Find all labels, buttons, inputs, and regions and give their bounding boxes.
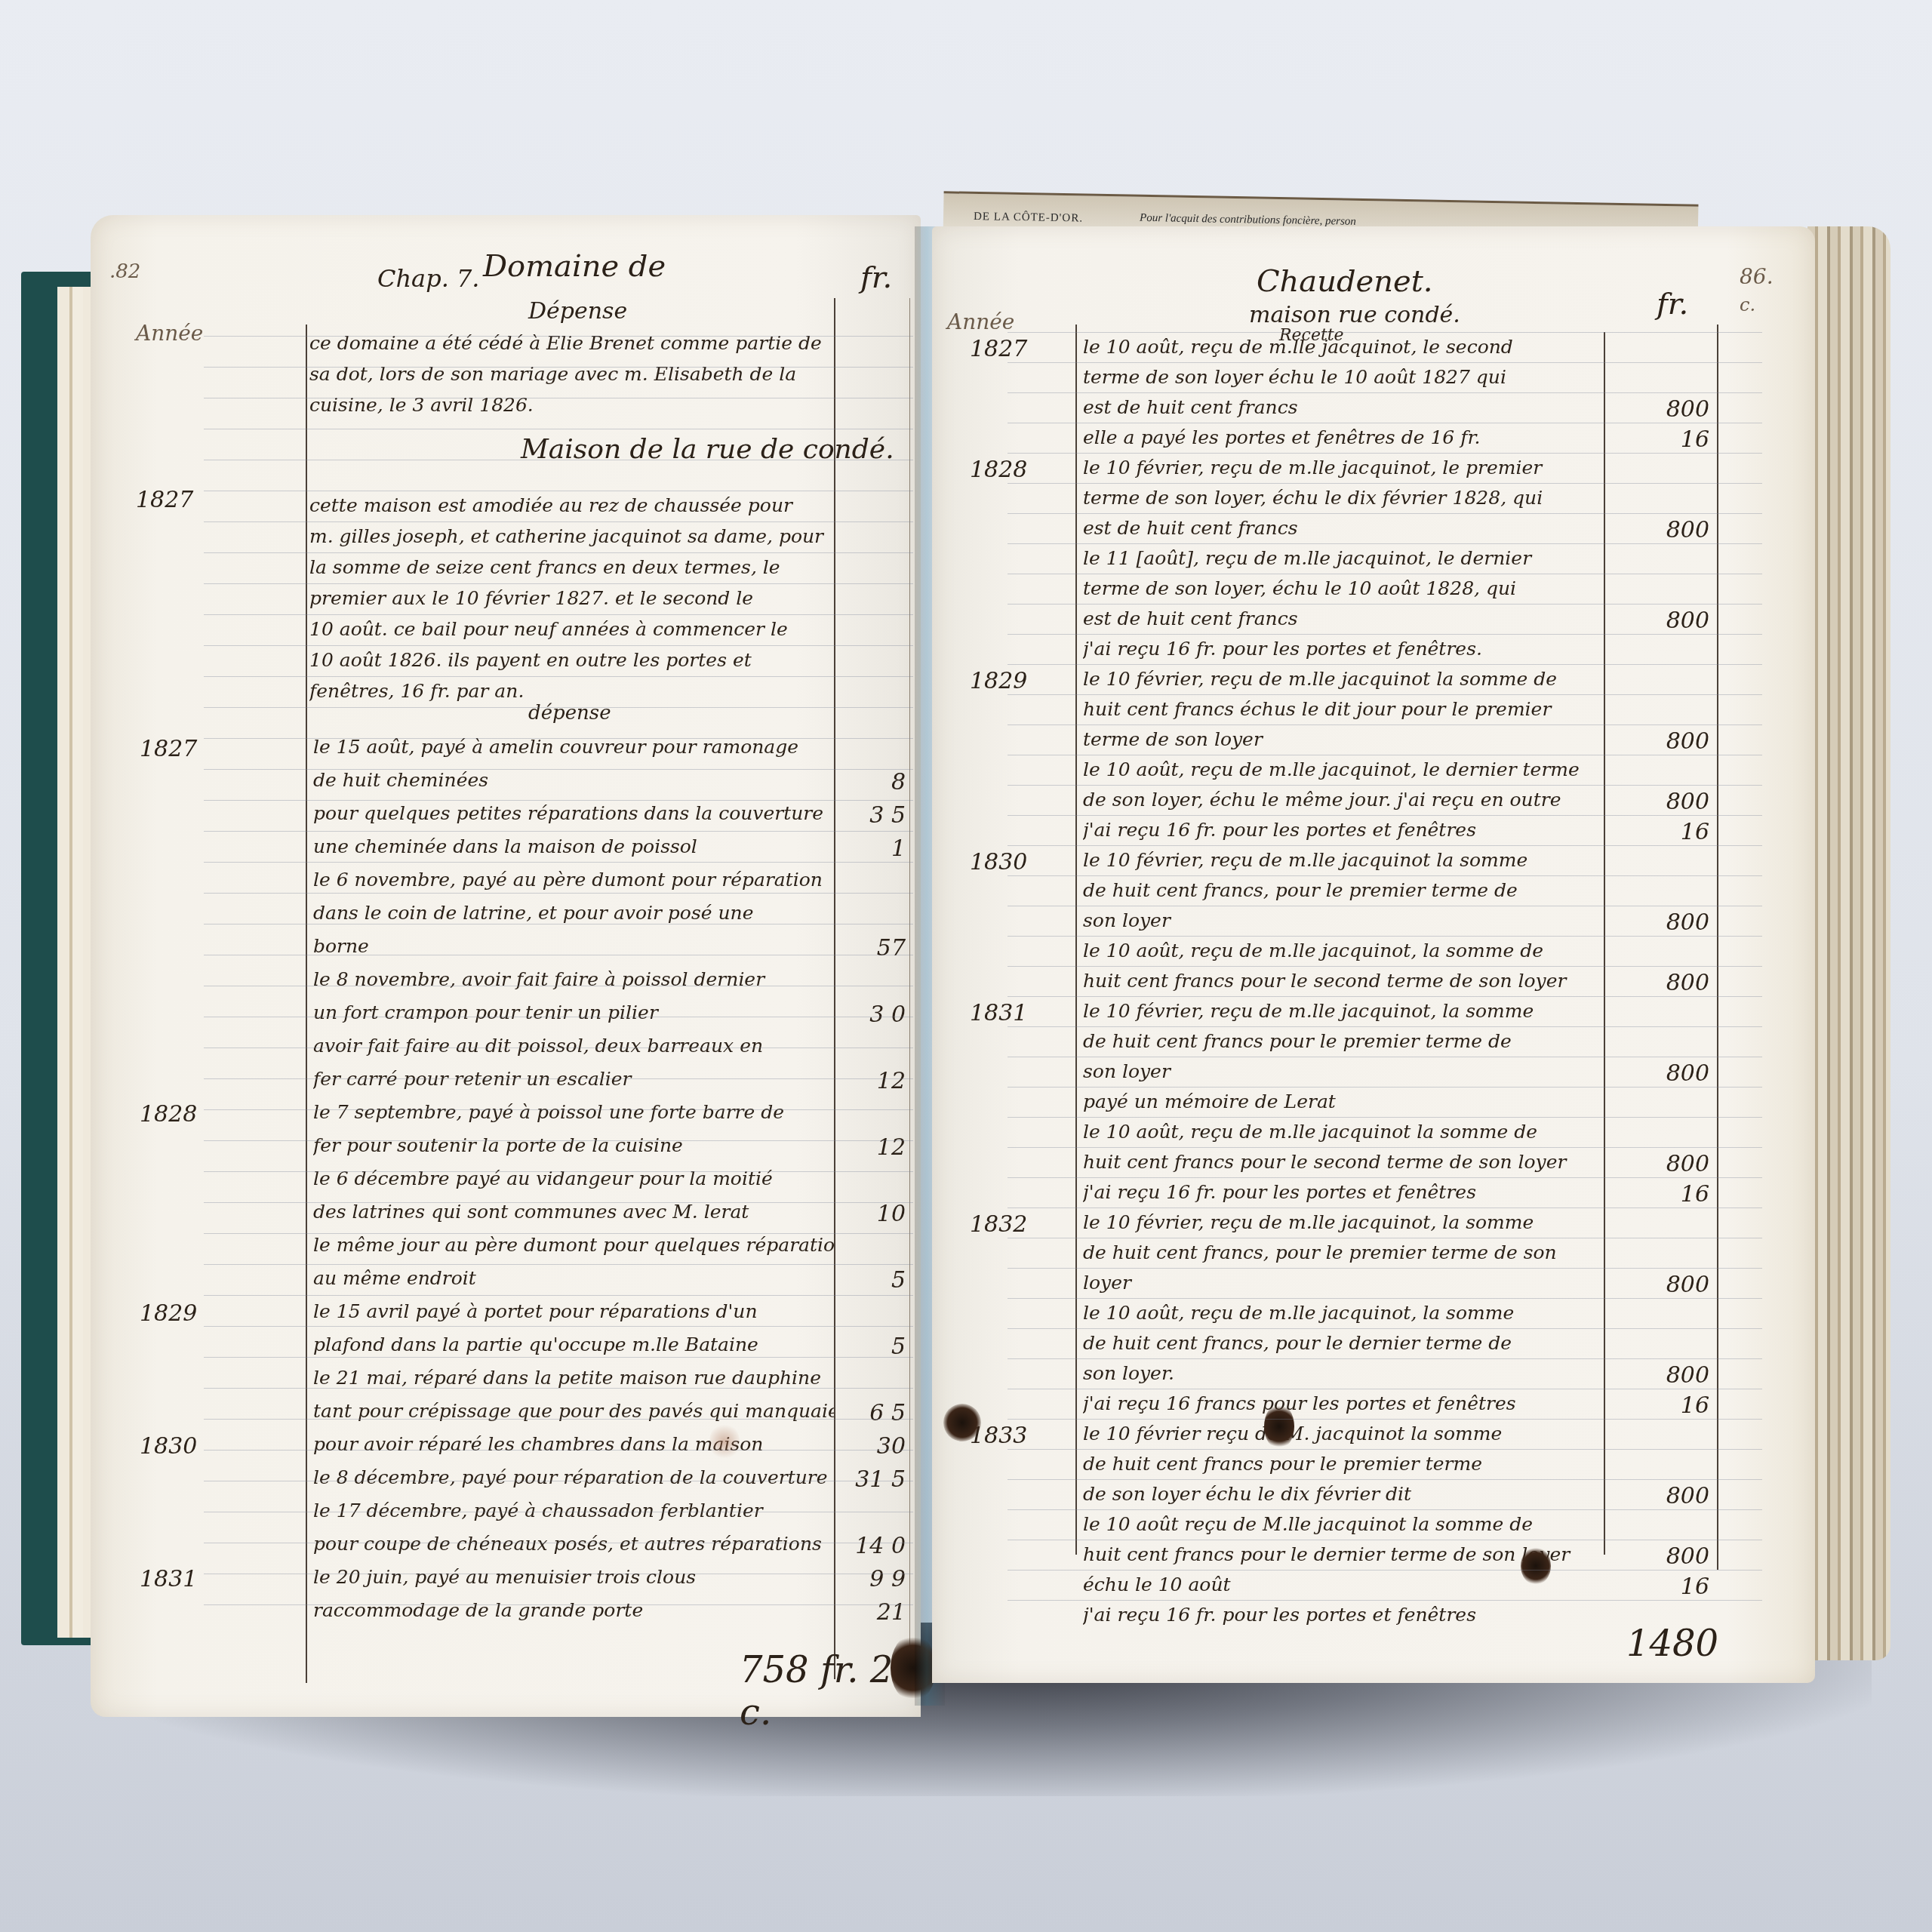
ruled-line: [204, 398, 913, 398]
entry-text: le 10 février, reçu de m.lle jacquinot l…: [1083, 849, 1604, 871]
ruled-line: [1008, 1298, 1762, 1299]
ruled-line: [204, 583, 913, 584]
entry-text: payé un mémoire de Lerat: [1083, 1091, 1604, 1112]
entry-amount: 800: [1611, 1543, 1709, 1570]
ruled-line: [1008, 966, 1762, 967]
entry-text: le 10 août, reçu de m.lle jacquinot, la …: [1083, 1302, 1604, 1324]
ruled-line: [204, 924, 913, 924]
entry-text: avoir fait faire au dit poissol, deux ba…: [313, 1035, 834, 1057]
ruled-line: [1008, 1087, 1762, 1088]
entry-text: de son loyer, échu le même jour. j'ai re…: [1083, 789, 1604, 811]
ruled-line: [1008, 1057, 1762, 1057]
entry-amount: 1: [838, 835, 906, 862]
entry-text: son loyer.: [1083, 1362, 1604, 1384]
ruled-line: [1008, 543, 1762, 544]
ruled-line: [204, 1481, 913, 1481]
entry-text: le 10 août, reçu de m.lle jacquinot, le …: [1083, 758, 1604, 780]
entry-amount: 800: [1611, 909, 1709, 936]
ruled-line: [204, 1543, 913, 1543]
entry-text: terme de son loyer: [1083, 728, 1604, 750]
ruled-line: [1008, 1358, 1762, 1359]
entry-text: le 8 décembre, payé pour réparation de l…: [313, 1466, 834, 1488]
entry-text: dans le coin de latrine, et pour avoir p…: [313, 902, 834, 924]
ruled-line: [1008, 1600, 1762, 1601]
entry-amount: 12: [838, 1134, 906, 1161]
entry-amount: 21: [838, 1599, 906, 1626]
cents-column-rule: [909, 298, 910, 1679]
expense-heading: dépense: [528, 702, 611, 724]
entry-year: 1829: [970, 668, 1027, 694]
entry-amount: 800: [1611, 1060, 1709, 1087]
entry-text: est de huit cent francs: [1083, 396, 1604, 418]
entry-text: borne: [313, 935, 834, 957]
right-page-title: Chaudenet.: [1257, 264, 1432, 299]
entry-text: huit cent francs pour le second terme de…: [1083, 970, 1604, 992]
ruled-line: [204, 862, 913, 863]
entry-text: un fort crampon pour tenir un pilier: [313, 1001, 834, 1023]
ruled-line: [1008, 996, 1762, 997]
ruled-line: [204, 676, 913, 677]
entry-text: une cheminée dans la maison de poissol: [313, 835, 834, 857]
entry-amount: 800: [1611, 517, 1709, 543]
entry-amount: 800: [1611, 1272, 1709, 1298]
ruled-line: [1008, 332, 1762, 333]
entry-text: j'ai reçu 16 fr. pour les portes et fenê…: [1083, 819, 1604, 841]
cents-column-rule: [1717, 325, 1718, 1570]
entry-text: pour coupe de chéneaux posés, et autres …: [313, 1533, 834, 1555]
entry-text: le même jour au père dumont pour quelque…: [313, 1234, 834, 1256]
left-page-subtitle: Dépense: [528, 298, 627, 325]
ruled-line: [1008, 845, 1762, 846]
ruled-line: [1008, 1389, 1762, 1389]
entry-amount: 9 9: [838, 1566, 906, 1592]
entry-amount: 800: [1611, 608, 1709, 634]
entry-amount: 57: [838, 935, 906, 961]
ruled-line: [204, 707, 913, 708]
ruled-line: [204, 1233, 913, 1234]
ruled-line: [1008, 875, 1762, 876]
entry-amount: 6 5: [838, 1400, 906, 1426]
entry-text: le 10 février, reçu de m.lle jacquinot, …: [1083, 1000, 1604, 1022]
entry-year: 1830: [140, 1433, 197, 1460]
ruled-line: [204, 1604, 913, 1605]
ruled-line: [1008, 1328, 1762, 1329]
ruled-line: [1008, 785, 1762, 786]
entry-text: pour avoir réparé les chambres dans la m…: [313, 1433, 834, 1455]
ruled-line: [1008, 453, 1762, 454]
entry-text: de son loyer échu le dix février dit: [1083, 1483, 1604, 1505]
entry-text: terme de son loyer, échu le 10 août 1828…: [1083, 577, 1604, 599]
year-column-rule: [306, 325, 307, 1683]
ruled-line: [204, 429, 913, 429]
entry-year: 1832: [970, 1211, 1027, 1238]
ruled-line: [204, 1202, 913, 1203]
entry-text: le 7 septembre, payé à poissol une forte…: [313, 1101, 834, 1123]
ruled-line: [204, 1388, 913, 1389]
ruled-line: [204, 1512, 913, 1512]
entry-year: 1830: [970, 849, 1027, 875]
entry-year: 1827: [970, 336, 1027, 362]
ruled-line: [1008, 1509, 1762, 1510]
ruled-line: [204, 986, 913, 986]
ruled-line: [1008, 423, 1762, 423]
entry-text: le 17 décembre, payé à chaussadon ferbla…: [313, 1500, 834, 1521]
lease-line: la somme de seize cent francs en deux te…: [309, 556, 838, 578]
ruled-line: [1008, 634, 1762, 635]
ruled-line: [204, 831, 913, 832]
entry-amount: 800: [1611, 396, 1709, 423]
ruled-line: [1008, 1238, 1762, 1238]
ruled-line: [1008, 755, 1762, 755]
ruled-line: [204, 1574, 913, 1574]
entry-text: pour quelques petites réparations dans l…: [313, 802, 834, 824]
entry-amount: 800: [1611, 1362, 1709, 1389]
ruled-line: [1008, 1449, 1762, 1450]
ruled-line: [204, 552, 913, 553]
stain: [709, 1423, 740, 1460]
ruled-line: [1008, 1026, 1762, 1027]
lease-line: 10 août. ce bail pour neuf années à comm…: [309, 618, 838, 640]
column-year-label: Année: [947, 309, 1014, 334]
entry-text: j'ai reçu 16 fr. pour les portes et fenê…: [1083, 638, 1604, 660]
ruled-line: [204, 614, 913, 615]
ruled-line: [1008, 1570, 1762, 1571]
ruled-line: [1008, 1147, 1762, 1148]
ruled-line: [204, 1078, 913, 1079]
ruled-line: [204, 645, 913, 646]
entry-text: de huit cent francs, pour le premier ter…: [1083, 1241, 1604, 1263]
entry-text: son loyer: [1083, 909, 1604, 931]
ruled-line: [1008, 936, 1762, 937]
ruled-line: [1008, 362, 1762, 363]
ruled-line: [1008, 392, 1762, 393]
ruled-line: [1008, 1479, 1762, 1480]
entry-amount: 10: [838, 1201, 906, 1227]
ruled-line: [204, 460, 913, 460]
ruled-line: [204, 367, 913, 368]
entry-text: le 15 août, payé à amelin couvreur pour …: [313, 736, 834, 758]
entry-amount: 16: [1611, 1181, 1709, 1207]
entry-text: le 21 mai, réparé dans la petite maison …: [313, 1367, 834, 1389]
ruled-line: [204, 1419, 913, 1420]
entry-amount: 30: [838, 1433, 906, 1460]
ruled-line: [204, 1140, 913, 1141]
entry-year: 1831: [140, 1566, 197, 1592]
left-page-number: .82: [109, 260, 140, 283]
entry-text: le 10 août, reçu de m.lle jacquinot la s…: [1083, 1121, 1604, 1143]
entry-text: des latrines qui sont communes avec M. l…: [313, 1201, 834, 1223]
lease-line: cette maison est amodiée au rez de chaus…: [309, 494, 838, 516]
column-amount-label: fr.: [860, 260, 892, 295]
ruled-line: [204, 1295, 913, 1296]
ruled-line: [204, 521, 913, 522]
lease-year: 1827: [136, 487, 193, 513]
ink-blot: [1521, 1547, 1551, 1585]
entry-amount: 5: [838, 1334, 906, 1360]
entry-amount: 16: [1611, 1574, 1709, 1600]
ruled-line: [1008, 664, 1762, 665]
ruled-line: [204, 1048, 913, 1048]
ruled-line: [1008, 1419, 1762, 1420]
entry-text: le 10 février reçu de M. jacquinot la so…: [1083, 1423, 1604, 1444]
ruled-line: [204, 1109, 913, 1110]
entry-amount: 3 0: [838, 1001, 906, 1028]
entry-text: raccommodage de la grande porte: [313, 1599, 834, 1621]
lease-line: premier aux le 10 février 1827. et le se…: [309, 587, 838, 609]
entry-text: huit cent francs pour le second terme de…: [1083, 1151, 1604, 1173]
entry-text: loyer: [1083, 1272, 1604, 1294]
entry-amount: 800: [1611, 970, 1709, 996]
column-cents-label: c.: [1740, 294, 1755, 315]
entry-text: plafond dans la partie qu'occupe m.lle B…: [313, 1334, 834, 1355]
ruled-line: [1008, 815, 1762, 816]
ruled-line: [204, 1017, 913, 1017]
ruled-line: [1008, 1177, 1762, 1178]
column-francs-label: fr.: [1657, 287, 1688, 321]
right-page-subtitle: maison rue condé.: [1249, 302, 1460, 328]
entry-text: son loyer: [1083, 1060, 1604, 1082]
ruled-line: [204, 893, 913, 894]
entry-text: le 10 février, reçu de m.lle jacquinot, …: [1083, 1211, 1604, 1233]
amount-column-rule: [1604, 332, 1605, 1555]
page-edges-right: [1807, 226, 1890, 1660]
ruled-line: [1008, 483, 1762, 484]
right-page-number: 86.: [1740, 264, 1774, 289]
ruled-line: [204, 1264, 913, 1265]
entry-amount: 5: [838, 1267, 906, 1294]
entry-text: le 10 août, reçu de m.lle jacquinot, la …: [1083, 940, 1604, 961]
entry-text: terme de son loyer échu le 10 août 1827 …: [1083, 366, 1604, 388]
chapter-label: Chap. 7.: [377, 264, 480, 293]
ruled-line: [1008, 906, 1762, 906]
ruled-line: [204, 800, 913, 801]
ink-blot: [943, 1404, 981, 1441]
entry-text: le 10 février, reçu de m.lle jacquinot l…: [1083, 668, 1604, 690]
entry-text: est de huit cent francs: [1083, 608, 1604, 629]
entry-amount: 800: [1611, 1151, 1709, 1177]
right-page: Chaudenet. maison rue condé. Recette Ann…: [932, 226, 1815, 1683]
entry-amount: 16: [1611, 819, 1709, 845]
lease-line: fenêtres, 16 fr. par an.: [309, 680, 838, 702]
entry-amount: 14 0: [838, 1533, 906, 1559]
slip-department: DE LA CÔTE-D'OR.: [974, 211, 1083, 226]
entry-text: terme de son loyer, échu le dix février …: [1083, 487, 1604, 509]
entry-amount: 800: [1611, 728, 1709, 755]
ruled-line: [204, 955, 913, 955]
entry-text: fer pour soutenir la porte de la cuisine: [313, 1134, 834, 1156]
entry-text: j'ai reçu 16 fr. pour les portes et fenê…: [1083, 1604, 1604, 1626]
entry-text: le 6 novembre, payé au père dumont pour …: [313, 869, 834, 891]
ruled-line: [1008, 694, 1762, 695]
left-page-title: Domaine de: [483, 249, 666, 284]
entry-year: 1831: [970, 1000, 1027, 1026]
ruled-line: [204, 738, 913, 739]
ruled-line: [1008, 1117, 1762, 1118]
left-page: .82 Chap. 7. Domaine de Dépense Année fr…: [91, 215, 921, 1717]
entry-amount: 16: [1611, 426, 1709, 453]
entry-text: le 15 avril payé à portet pour réparatio…: [313, 1300, 834, 1322]
right-page-total: 1480: [1626, 1623, 1718, 1665]
entry-amount: 800: [1611, 789, 1709, 815]
entry-text: est de huit cent francs: [1083, 517, 1604, 539]
entry-year: 1829: [140, 1300, 197, 1327]
entry-amount: 8: [838, 769, 906, 795]
ruled-line: [1008, 604, 1762, 605]
lease-line: 10 août 1826. ils payent en outre les po…: [309, 649, 838, 671]
ruled-line: [1008, 724, 1762, 725]
entry-text: elle a payé les portes et fenêtres de 16…: [1083, 426, 1604, 448]
entry-amount: 12: [838, 1068, 906, 1094]
entry-text: le 10 août, reçu de m.lle jacquinot, le …: [1083, 336, 1604, 358]
entry-text: le 20 juin, payé au menuisier trois clou…: [313, 1566, 834, 1588]
entry-text: de huit cent francs, pour le dernier ter…: [1083, 1332, 1604, 1354]
entry-amount: 16: [1611, 1392, 1709, 1419]
entry-amount: 31 5: [838, 1466, 906, 1493]
entry-text: le 10 février, reçu de m.lle jacquinot, …: [1083, 457, 1604, 478]
entry-text: j'ai reçu 16 francs pour les portes et f…: [1083, 1392, 1604, 1414]
ruled-line: [204, 1326, 913, 1327]
entry-year: 1828: [970, 457, 1027, 483]
entry-text: de huit cent francs, pour le premier ter…: [1083, 879, 1604, 901]
entry-text: de huit cheminées: [313, 769, 834, 791]
entry-text: j'ai reçu 16 fr. pour les portes et fenê…: [1083, 1181, 1604, 1203]
ruled-line: [1008, 1540, 1762, 1540]
entry-text: au même endroit: [313, 1267, 834, 1289]
entry-year: 1827: [140, 736, 197, 762]
ruled-line: [204, 336, 913, 337]
entry-amount: 800: [1611, 1483, 1709, 1509]
lease-line: m. gilles joseph, et catherine jacquinot…: [309, 525, 838, 547]
entry-text: huit cent francs échus le dit jour pour …: [1083, 698, 1604, 720]
entry-text: de huit cent francs pour le premier term…: [1083, 1453, 1604, 1475]
ruled-line: [204, 1171, 913, 1172]
ruled-line: [1008, 1207, 1762, 1208]
ruled-line: [204, 769, 913, 770]
entry-text: le 11 [août], reçu de m.lle jacquinot, l…: [1083, 547, 1604, 569]
ink-blot: [1264, 1404, 1294, 1449]
ruled-line: [1008, 513, 1762, 514]
entry-text: le 10 août reçu de M.lle jacquinot la so…: [1083, 1513, 1604, 1535]
entry-text: le 8 novembre, avoir fait faire à poisso…: [313, 968, 834, 990]
ruled-line: [204, 1450, 913, 1451]
entry-year: 1828: [140, 1101, 197, 1128]
ruled-line: [1008, 1268, 1762, 1269]
entry-text: de huit cent francs pour le premier term…: [1083, 1030, 1604, 1052]
ruled-line: [1008, 574, 1762, 574]
column-year-label: Année: [136, 321, 203, 346]
entry-amount: 3 5: [838, 802, 906, 829]
ruled-line: [204, 1357, 913, 1358]
year-column-rule: [1075, 325, 1077, 1555]
ruled-line: [204, 491, 913, 491]
